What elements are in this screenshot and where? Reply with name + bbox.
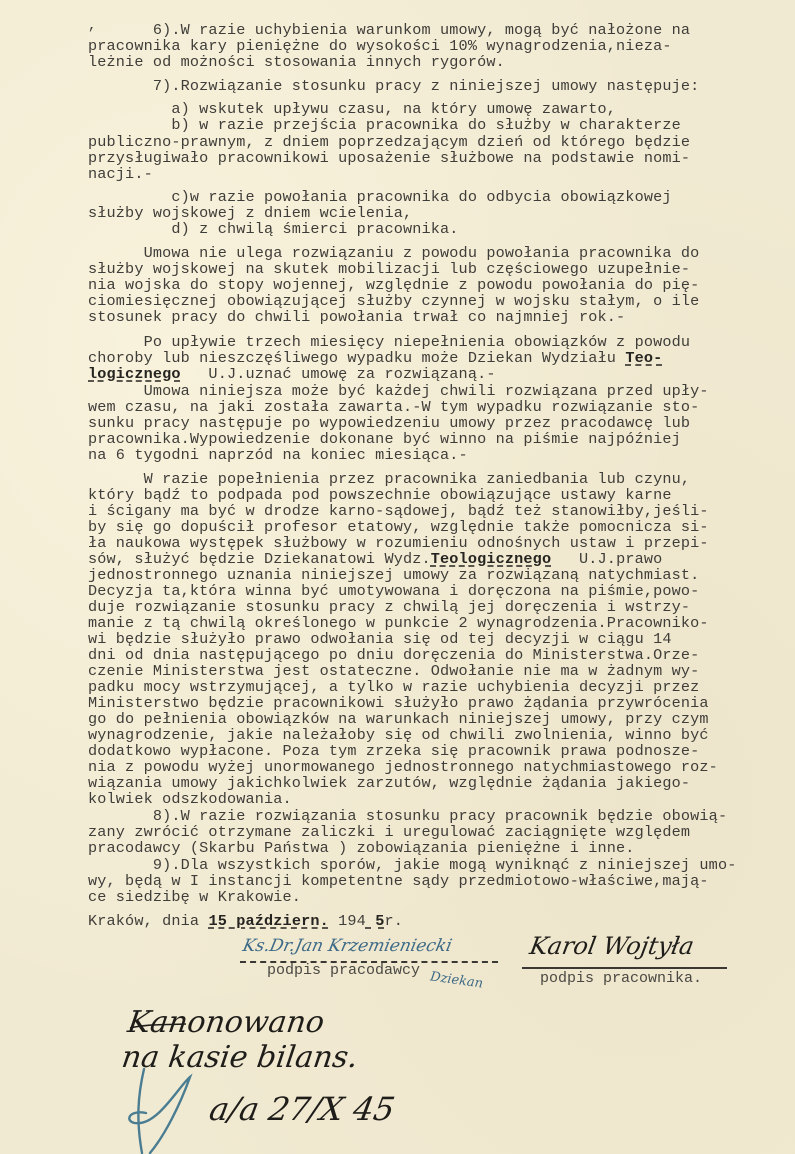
para-7d: d) z chwilą śmierci pracownika. (88, 221, 459, 237)
para-6-line-3: leżnie od możności stosowania innych ryg… (88, 54, 505, 70)
para-military-line-1: Umowa nie ulega rozwiązaniu z powodu pow… (88, 245, 699, 261)
faculty-fill-in-cont: logicznego (88, 365, 181, 383)
para-illness-line-1: Po upływie trzech miesięcy niepełnienia … (88, 334, 690, 350)
dean-annotation: Dziekan (429, 969, 484, 991)
para-misconduct-line-10: manie z tą chwilą określonego w punkcie … (88, 615, 709, 631)
para-termination-line-3: sunku pracy następuje po wypowiedzeniu u… (88, 415, 690, 431)
para-misconduct-line-2: który bądź to podpada pod powszechnie ob… (88, 487, 672, 503)
document-page: , 6).W razie uchybienia warunkom umowy, … (0, 0, 795, 1154)
para-misconduct-line-15: Ministerstwo będzie pracownikowi służyło… (88, 695, 709, 711)
para-termination-line-5: na 6 tygodni naprzód na koniec miesiąca.… (88, 447, 468, 463)
blue-initial-mark (120, 1065, 200, 1154)
para-7b-line-1: b) w razie przejścia pracownika do służb… (88, 117, 681, 133)
para-illness-line-3: logicznego U.J.uznać umowę za rozwiązaną… (88, 366, 496, 382)
para-8-line-3: pracodawcy (Skarbu Państwa ) zobowiązani… (88, 840, 635, 856)
employee-signature: Karol Wojtyła (528, 932, 697, 960)
para-misconduct-line-20: wiązania umowy jakichkolwiek zarzutów, w… (88, 775, 690, 791)
date-year-prefix: 194 (329, 912, 366, 930)
para-misconduct-line-14: padku mocy wstrzymującej, a tylko w razi… (88, 679, 699, 695)
para-misconduct-line-19: nia z powodu wyżej unormowanego jednostr… (88, 759, 718, 775)
para-7b-line-3: przysługiwało pracownikowi uposażenie sł… (88, 150, 690, 166)
para-misconduct-line-8: Decyzja ta,która winna być umotywowana i… (88, 583, 699, 599)
para-7b-line-4: nacji.- (88, 166, 153, 182)
para-termination-line-2: wem czasu, na jaki została zawarta.-W ty… (88, 399, 699, 415)
para-7a: a) wskutek upływu czasu, na który umowę … (88, 101, 616, 117)
para-8-line-2: zany zwrócić otrzymane zaliczki i uregul… (88, 824, 690, 840)
para-military-line-4: ciomiesięcznej obowiązującej służby czyn… (88, 293, 699, 309)
para-misconduct-line-11: wi będzie służyło prawo odwołania się od… (88, 631, 672, 647)
para-misconduct-line-1: W razie popełnienia przez pracownika zan… (88, 471, 690, 487)
date-year-suffix: 5 (366, 912, 385, 930)
para-misconduct-line-17: wynagrodzenie, jakie należałoby się od c… (88, 727, 709, 743)
para-termination-line-4: pracownika.Wypowiedzenie dokonane być wi… (88, 431, 681, 447)
para-illness-line-2: choroby lub nieszczęśliwego wypadku może… (88, 350, 662, 366)
para-7c-line-2: służby wojskowej z dniem wcielenia, (88, 205, 412, 221)
date-prefix: Kraków, dnia (88, 912, 208, 930)
para-military-line-3: nia wojska do stopy wojennej, względnie … (88, 277, 699, 293)
para-misconduct-line-5: ła naukowa występek służbowy w rozumieni… (88, 535, 709, 551)
para-7b-line-2: publiczno-prawnym, z dniem poprzedzający… (88, 134, 690, 150)
employer-signature: Ks.Dr.Jan Krzemieniecki (241, 936, 454, 956)
para-misconduct-line-12: dni od dnia następującego po dniu doręcz… (88, 647, 699, 663)
para-misconduct-line-21: kolwiek odszkodowania. (88, 791, 292, 807)
date-r: r. (384, 912, 403, 930)
faculty-fill-in: Teo- (625, 349, 662, 367)
employer-signature-label: podpis pracodawcy (267, 962, 420, 979)
para-misconduct-line-18: dodatkowo wypłacone. Poza tym zrzeka się… (88, 743, 699, 759)
para-illness-line-3-text: U.J.uznać umowę za rozwiązaną.- (181, 365, 496, 383)
para-misconduct-line-7: jednostronnego uznania niniejszej umowy … (88, 567, 699, 583)
para-misconduct-line-9: duje rozwiązanie stosunku pracy z chwilą… (88, 599, 690, 615)
para-6-line-2: pracownika kary pieniężne do wysokości 1… (88, 38, 672, 54)
para-misconduct-line-16: go do pełnienia obowiązków na warunkach … (88, 711, 709, 727)
para-misconduct-line-3: i ścigany ma być w drodze karno-sądowej,… (88, 503, 709, 519)
para-9-line-1: 9).Dla wszystkich sporów, jakie mogą wyn… (88, 857, 736, 873)
para-7-heading: 7).Rozwiązanie stosunku pracy z niniejsz… (88, 78, 699, 94)
para-7c-line-1: c)w razie powołania pracownika do odbyci… (88, 189, 672, 205)
date-day-month: 15 październ. (208, 912, 328, 930)
para-military-line-2: służby wojskowej na skutek mobilizacji l… (88, 261, 690, 277)
para-misconduct-line-13: czenie Ministerstwa jest ostateczne. Odw… (88, 663, 699, 679)
para-8-line-1: 8).W razie rozwiązania stosunku pracy pr… (88, 808, 727, 824)
handwritten-note-line-3: a/a 27/X 45 (207, 1090, 398, 1128)
handwriting-stroke (128, 1022, 188, 1032)
para-termination-line-1: Umowa niniejsza może być każdej chwili r… (88, 383, 709, 399)
date-line: Kraków, dnia 15 październ. 194 5r. (88, 913, 403, 929)
employee-signature-label: podpis pracownika. (540, 970, 702, 987)
para-misconduct-line-4: by się go dopuścił profesor etatowy, wzg… (88, 519, 709, 535)
para-misconduct-line-6: sów, służyć będzie Dziekanatowi Wydz.Teo… (88, 551, 662, 567)
para-military-line-5: stosunek pracy do chwili powołania trwał… (88, 309, 625, 325)
para-6-line-1: 6).W razie uchybienia warunkom umowy, mo… (88, 22, 690, 38)
para-9-line-3: ce siedzibę w Krakowie. (88, 889, 301, 905)
para-9-line-2: wy, będą w I instancji kompetentne sądy … (88, 873, 709, 889)
employee-signature-line (522, 967, 727, 969)
